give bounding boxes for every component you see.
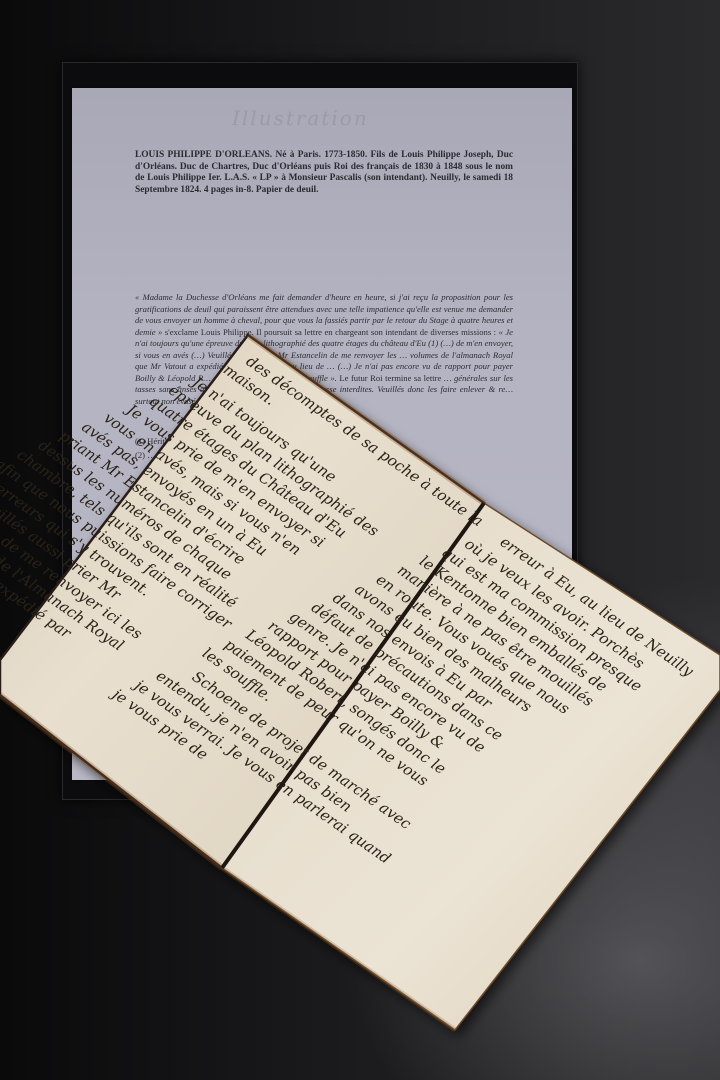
lot-description-header: LOUIS PHILIPPE D'ORLEANS. Né à Paris. 17… xyxy=(135,150,513,196)
bleed-through-heading: Illustration xyxy=(232,106,492,130)
quote-part: s'exclame Louis Philippe. Il poursuit sa… xyxy=(162,327,498,337)
footnote: (1) Héritage … (Seine-Maritime) fut une … xyxy=(135,436,513,448)
quote-part: Le futur Roi termine sa lettre xyxy=(337,373,444,383)
footnotes: (1) Héritage … (Seine-Maritime) fut une … xyxy=(135,436,513,463)
footnote: (2) … vivre en France et … xyxy=(135,450,513,462)
printed-description-sheet: Illustration LOUIS PHILIPPE D'ORLEANS. N… xyxy=(72,88,572,780)
letter-quotation: « Madame la Duchesse d'Orléans me fait d… xyxy=(135,292,513,407)
